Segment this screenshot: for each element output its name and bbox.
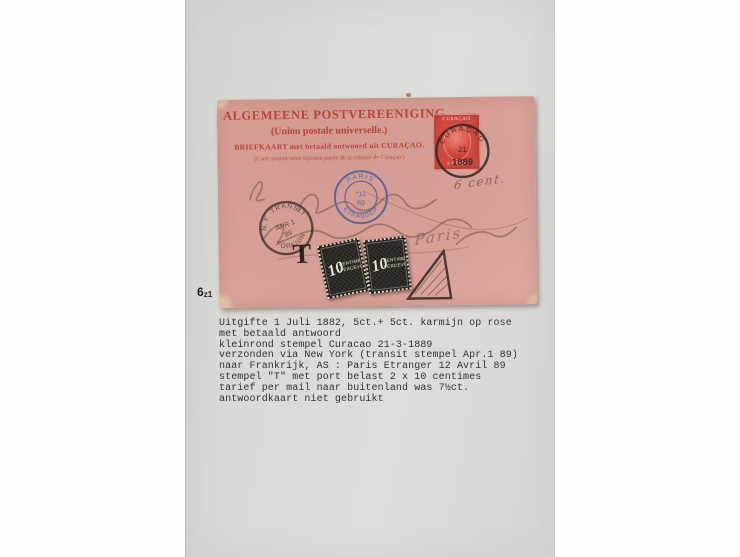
postmark-year: 1889: [452, 157, 473, 168]
item-number-sub: z1: [204, 290, 212, 299]
item-number: 6z1: [197, 283, 212, 301]
postmark-year: 89: [284, 230, 294, 239]
cachet-hatch: [415, 260, 442, 293]
postmark-paris-etranger: PARIS ÉTRANGER *12 89: [329, 165, 394, 230]
postmark-day: 21: [458, 145, 468, 154]
due-stamp-text: CENTIMES PERCEVOIR: [383, 256, 405, 270]
album-page: ALGEMEENE POSTVEREENIGING. (Union postal…: [185, 0, 555, 557]
handwriting-stroke: [250, 182, 264, 201]
caption-line: antwoordkaart niet gebruikt: [219, 395, 534, 406]
paper-speck: [406, 93, 411, 97]
triangle-cachet: [405, 248, 456, 303]
tax-mark-t: T: [292, 238, 312, 271]
caption-block: Uitgifte 1 Juli 1882, 5ct.+ 5ct. karmijn…: [219, 319, 534, 405]
postmark-place: CURAÇAO: [439, 126, 486, 146]
caption-line: tarief per mail naar buitenland was 7½ct…: [219, 384, 534, 395]
cachet-outline: [408, 251, 452, 299]
item-number-main: 6: [197, 285, 204, 299]
postal-card: ALGEMEENE POSTVEREENIGING. (Union postal…: [217, 96, 538, 308]
photo-canvas: ALGEMEENE POSTVEREENIGING. (Union postal…: [0, 0, 740, 557]
postmark-curacao: CURAÇAO 21 1889: [430, 119, 495, 184]
svg-text:CURAÇAO: CURAÇAO: [439, 126, 486, 146]
postmark-date: *12: [356, 191, 367, 198]
caption-line: met betaald antwoord: [219, 330, 534, 341]
postmark-year: 89: [357, 200, 365, 207]
cachet-hatch: [428, 276, 447, 295]
